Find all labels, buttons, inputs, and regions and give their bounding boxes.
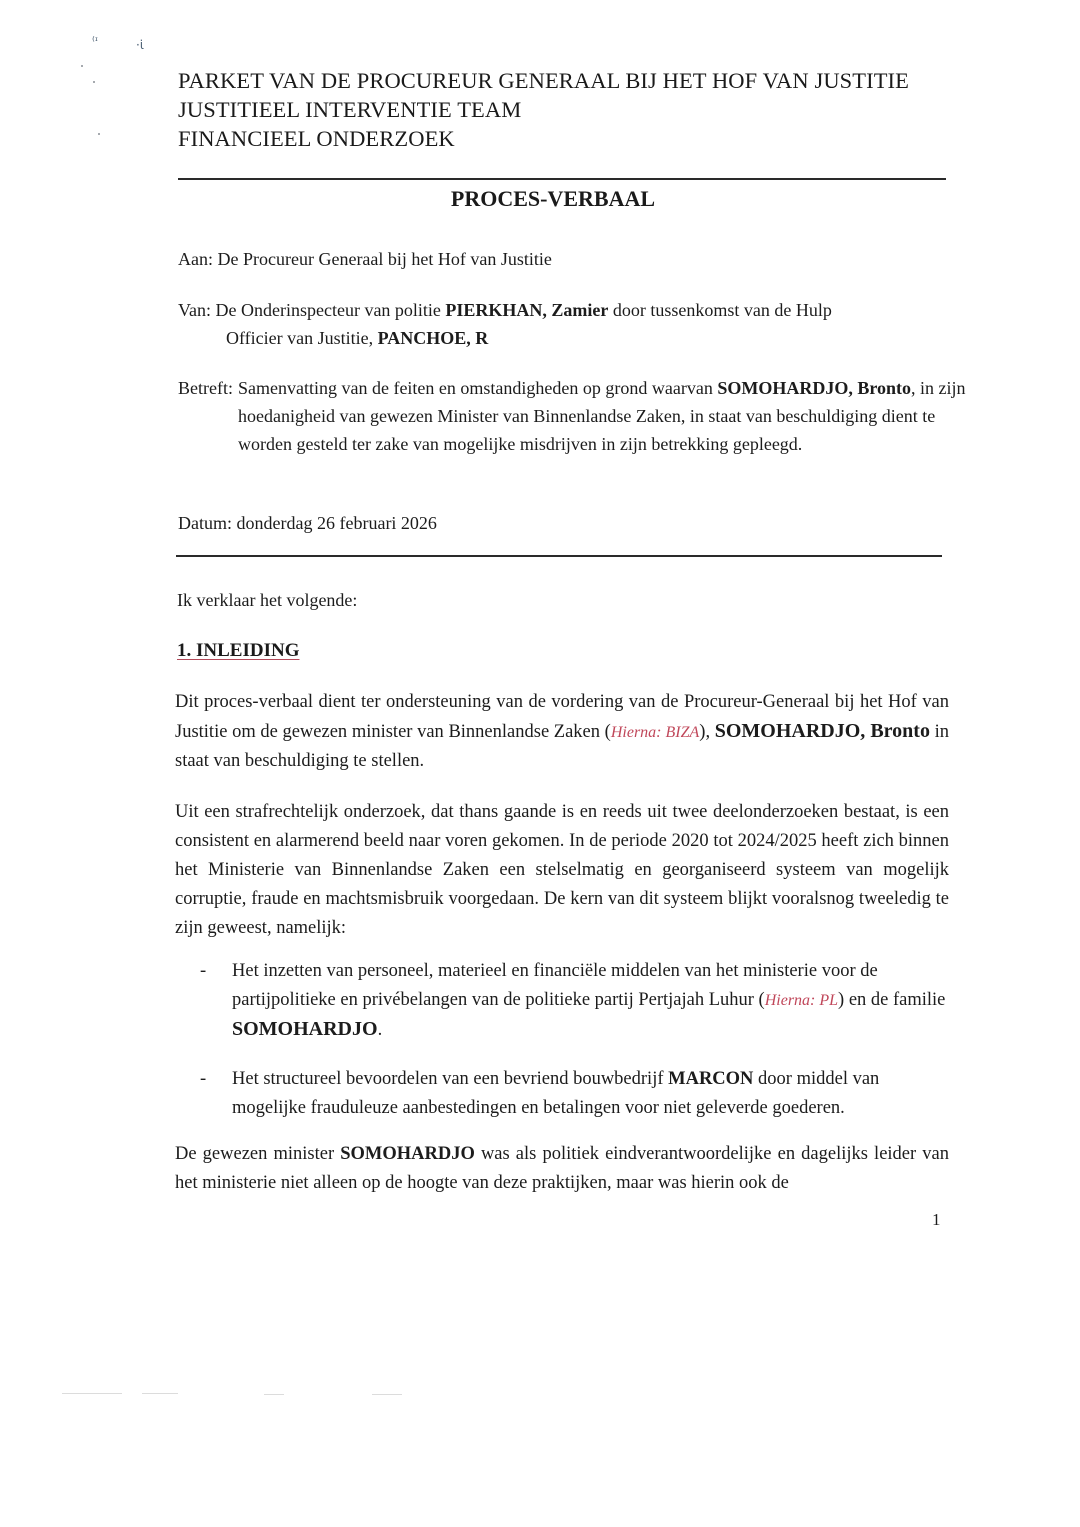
declaration-line: Ik verklaar het volgende: xyxy=(177,590,357,611)
hierna-biza: Hierna: BIZA xyxy=(611,724,699,741)
scan-artifact-line xyxy=(62,1393,122,1394)
page-number: 1 xyxy=(932,1210,941,1230)
van-label: Van: xyxy=(178,300,211,320)
paragraph-intro-text-2: ), xyxy=(699,722,710,742)
betreft-name-1: SOMOHARDJO, xyxy=(717,378,853,398)
aan-label: Aan: xyxy=(178,249,213,269)
date-divider xyxy=(176,555,942,557)
paragraph-3-name: SOMOHARDJO xyxy=(340,1144,475,1164)
list-item: - Het inzetten van personeel, materieel … xyxy=(200,957,950,1045)
bullet-1-text-3: . xyxy=(378,1020,383,1040)
findings-list: - Het inzetten van personeel, materieel … xyxy=(200,957,950,1143)
scan-artifact-line xyxy=(142,1393,178,1394)
field-datum: Datum: donderdag 26 februari 2026 xyxy=(178,509,437,537)
bullet-1-name: SOMOHARDJO xyxy=(232,1018,378,1040)
paragraph-3-text-1: De gewezen minister xyxy=(175,1144,340,1164)
datum-label: Datum: xyxy=(178,513,232,533)
scan-artifact-dot xyxy=(81,65,83,67)
van-text-3: Officier van Justitie, xyxy=(226,328,373,348)
bullet-2-text-1: Het structureel bevoordelen van een bevr… xyxy=(232,1069,668,1089)
scan-artifact-dot xyxy=(93,81,95,83)
accused-name: SOMOHARDJO, Bronto xyxy=(715,720,930,742)
letterhead-line-3: FINANCIEEL ONDERZOEK xyxy=(178,124,909,153)
datum-value: donderdag 26 februari 2026 xyxy=(237,513,437,533)
betreft-label: Betreft: xyxy=(178,374,233,458)
bullet-1-text-2: ) en de familie xyxy=(838,990,945,1010)
letterhead-line-1: PARKET VAN DE PROCUREUR GENERAAL BIJ HET… xyxy=(178,66,909,95)
field-aan: Aan: De Procureur Generaal bij het Hof v… xyxy=(178,245,552,273)
field-betreft: Betreft: Samenvatting van de feiten en o… xyxy=(178,374,968,458)
van-text-1: De Onderinspecteur van politie xyxy=(216,300,441,320)
betreft-name-2: Bronto xyxy=(857,378,911,398)
field-van: Van: De Onderinspecteur van politie PIER… xyxy=(178,296,958,352)
bullet-dash: - xyxy=(200,1065,206,1094)
paragraph-investigation: Uit een strafrechtelijk onderzoek, dat t… xyxy=(175,798,949,943)
document-title: PROCES-VERBAAL xyxy=(0,186,1080,212)
letterhead-line-2: JUSTITIEEL INTERVENTIE TEAM xyxy=(178,95,909,124)
section-heading-inleiding: 1. INLEIDING xyxy=(177,640,299,662)
van-officer-name-2: PANCHOE, R xyxy=(378,328,489,348)
betreft-text-1: Samenvatting van de feiten en omstandigh… xyxy=(238,378,713,398)
header-divider xyxy=(178,178,946,180)
scan-artifact-line xyxy=(264,1394,284,1395)
van-officer-name: PIERKHAN, Zamier xyxy=(445,300,608,320)
hierna-pl: Hierna: PL xyxy=(765,992,838,1009)
scan-artifact-mark: ⁽ᶦ xyxy=(92,34,98,48)
scan-artifact-line xyxy=(372,1394,402,1395)
document-page: ⁽ᶦ ·ɩ̇ PARKET VAN DE PROCUREUR GENERAAL … xyxy=(0,0,1080,1527)
bullet-dash: - xyxy=(200,957,206,986)
paragraph-responsibility: De gewezen minister SOMOHARDJO was als p… xyxy=(175,1140,949,1198)
aan-value: De Procureur Generaal bij het Hof van Ju… xyxy=(218,249,552,269)
letterhead: PARKET VAN DE PROCUREUR GENERAAL BIJ HET… xyxy=(178,66,909,153)
van-text-2: door tussenkomst van de Hulp xyxy=(613,300,832,320)
bullet-2-name: MARCON xyxy=(668,1069,753,1089)
list-item: - Het structureel bevoordelen van een be… xyxy=(200,1065,950,1123)
paragraph-intro: Dit proces-verbaal dient ter ondersteuni… xyxy=(175,688,949,776)
scan-artifact-dot xyxy=(98,133,100,135)
scan-artifact-mark: ·ɩ̇ xyxy=(136,38,144,52)
